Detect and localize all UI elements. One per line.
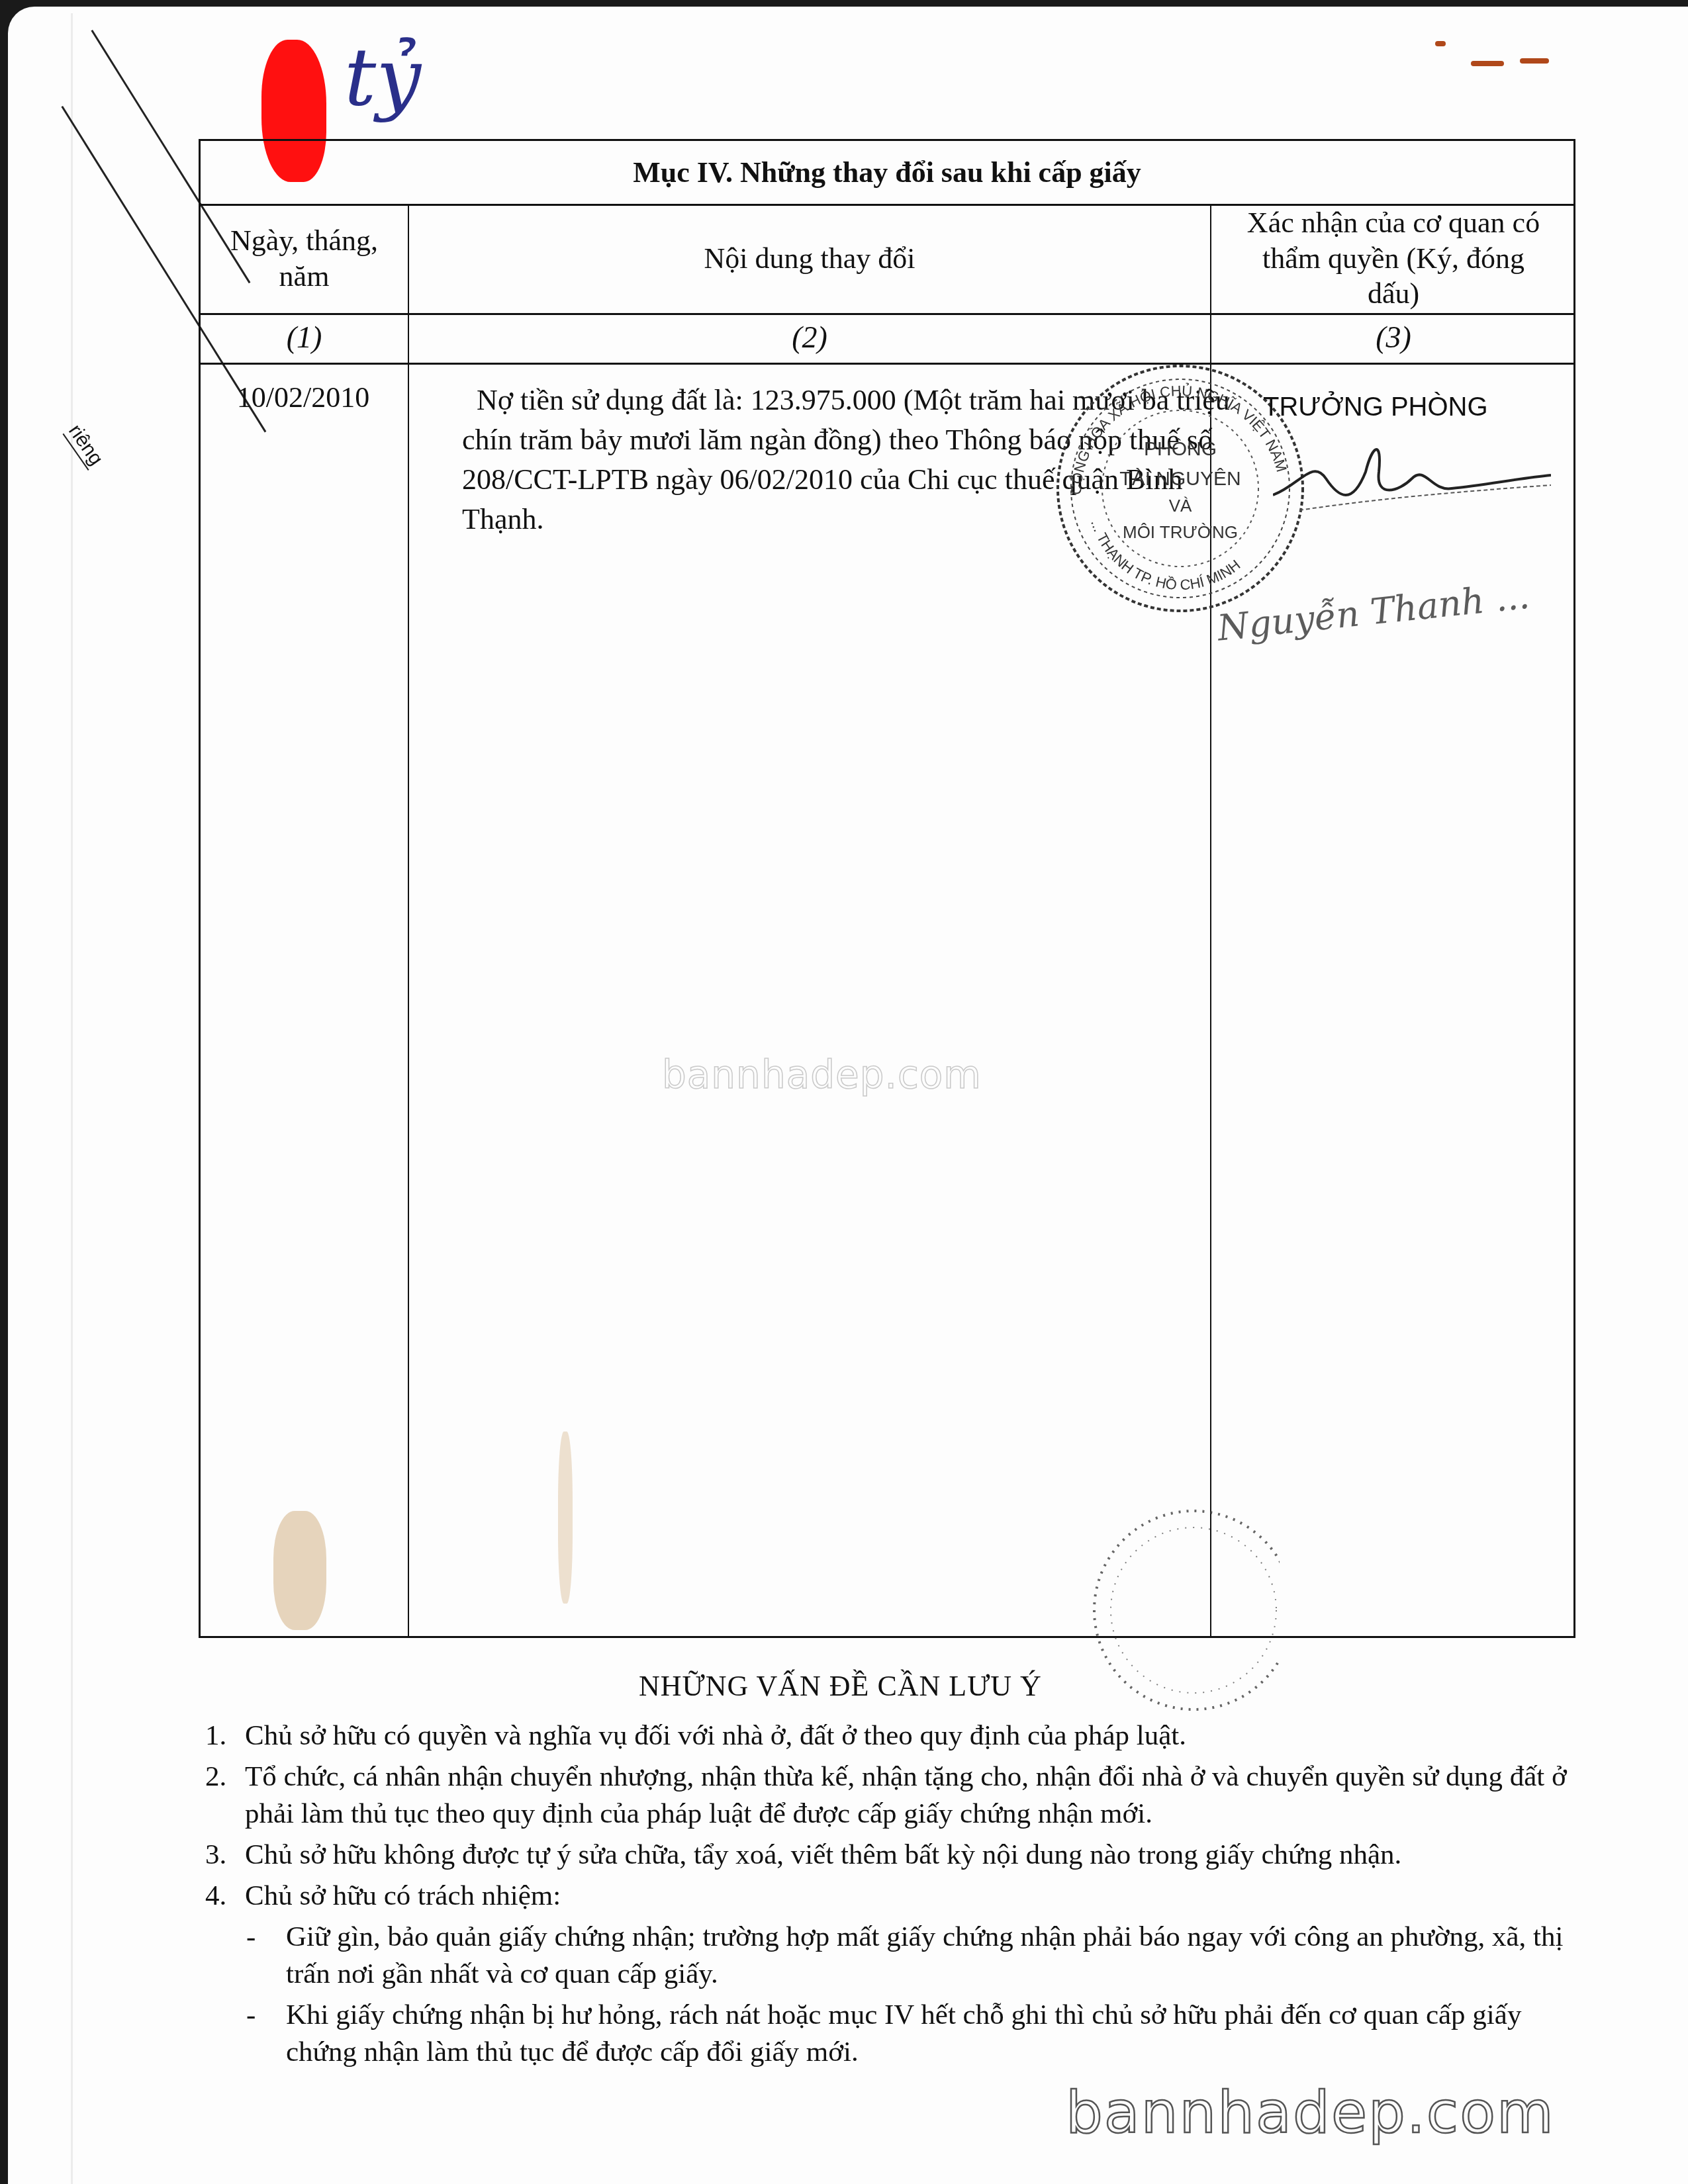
notes-list: 1. Chủ sở hữu có quyền và nghĩa vụ đối v…	[205, 1717, 1582, 2075]
column-number: (2)	[409, 313, 1210, 363]
column-number: (1)	[201, 313, 408, 363]
svg-text:TÀI NGUYÊN: TÀI NGUYÊN	[1119, 468, 1241, 490]
table-header-row: Ngày, tháng, năm Nội dung thay đổi Xác n…	[201, 204, 1573, 315]
note-subitem: - Giữ gìn, bảo quản giấy chứng nhận; trư…	[246, 1919, 1582, 1993]
notes-title: NHỮNG VẤN ĐỀ CẦN LƯU Ý	[639, 1669, 1042, 1703]
watermark-bottom: bannhadep.com	[1066, 2078, 1555, 2146]
signature-icon	[1273, 432, 1551, 512]
note-number: 3.	[205, 1837, 245, 1874]
rust-mark	[1471, 61, 1504, 66]
note-text: Chủ sở hữu không được tự ý sửa chữa, tẩy…	[245, 1837, 1401, 1874]
header-content: Nội dung thay đổi	[409, 204, 1210, 313]
note-item: 4. Chủ sở hữu có trách nhiệm:	[205, 1878, 1582, 1915]
note-item: 3. Chủ sở hữu không được tự ý sửa chữa, …	[205, 1837, 1582, 1874]
header-confirmation: Xác nhận của cơ quan có thẩm quyền (Ký, …	[1211, 204, 1575, 313]
note-text: Chủ sở hữu có quyền và nghĩa vụ đối với …	[245, 1717, 1186, 1754]
note-number: 1.	[205, 1717, 245, 1754]
rust-mark	[1435, 41, 1446, 46]
svg-text:PHÒNG: PHÒNG	[1144, 438, 1217, 460]
scan-edge	[71, 13, 73, 2184]
column-number-row: (1) (2) (3)	[201, 313, 1573, 365]
table-title: Mục IV. Những thay đổi sau khi cấp giấy	[201, 141, 1573, 206]
paper-stain	[273, 1511, 326, 1630]
column-divider	[408, 204, 409, 1636]
note-text: Chủ sở hữu có trách nhiệm:	[245, 1878, 561, 1915]
header-date: Ngày, tháng, năm	[201, 204, 408, 313]
svg-text:VÀ: VÀ	[1169, 496, 1192, 516]
note-text: Tổ chức, cá nhân nhận chuyển nhượng, nhậ…	[245, 1758, 1582, 1833]
note-item: 2. Tổ chức, cá nhân nhận chuyển nhượng, …	[205, 1758, 1582, 1833]
changes-table: Mục IV. Những thay đổi sau khi cấp giấy …	[199, 139, 1575, 1638]
bullet-dash: -	[246, 1997, 286, 2071]
watermark-center: bannhadep.com	[662, 1052, 982, 1097]
note-subitem-text: Giữ gìn, bảo quản giấy chứng nhận; trườn…	[286, 1919, 1582, 1993]
signer-title: TRƯỞNG PHÒNG	[1263, 392, 1488, 422]
note-number: 2.	[205, 1758, 245, 1833]
faded-stamp-icon	[1041, 1491, 1280, 1729]
note-item: 1. Chủ sở hữu có quyền và nghĩa vụ đối v…	[205, 1717, 1582, 1754]
bullet-dash: -	[246, 1919, 286, 1993]
note-subitem: - Khi giấy chứng nhận bị hư hỏng, rách n…	[246, 1997, 1582, 2071]
rust-mark	[1520, 58, 1549, 64]
row-date: 10/02/2010	[214, 381, 393, 414]
column-number: (3)	[1211, 313, 1575, 363]
handwritten-note: tỷ	[344, 32, 421, 124]
paper-stain	[558, 1432, 573, 1604]
note-subitem-text: Khi giấy chứng nhận bị hư hỏng, rách nát…	[286, 1997, 1582, 2071]
note-number: 4.	[205, 1878, 245, 1915]
svg-text:MÔI TRƯỜNG: MÔI TRƯỜNG	[1123, 522, 1238, 542]
